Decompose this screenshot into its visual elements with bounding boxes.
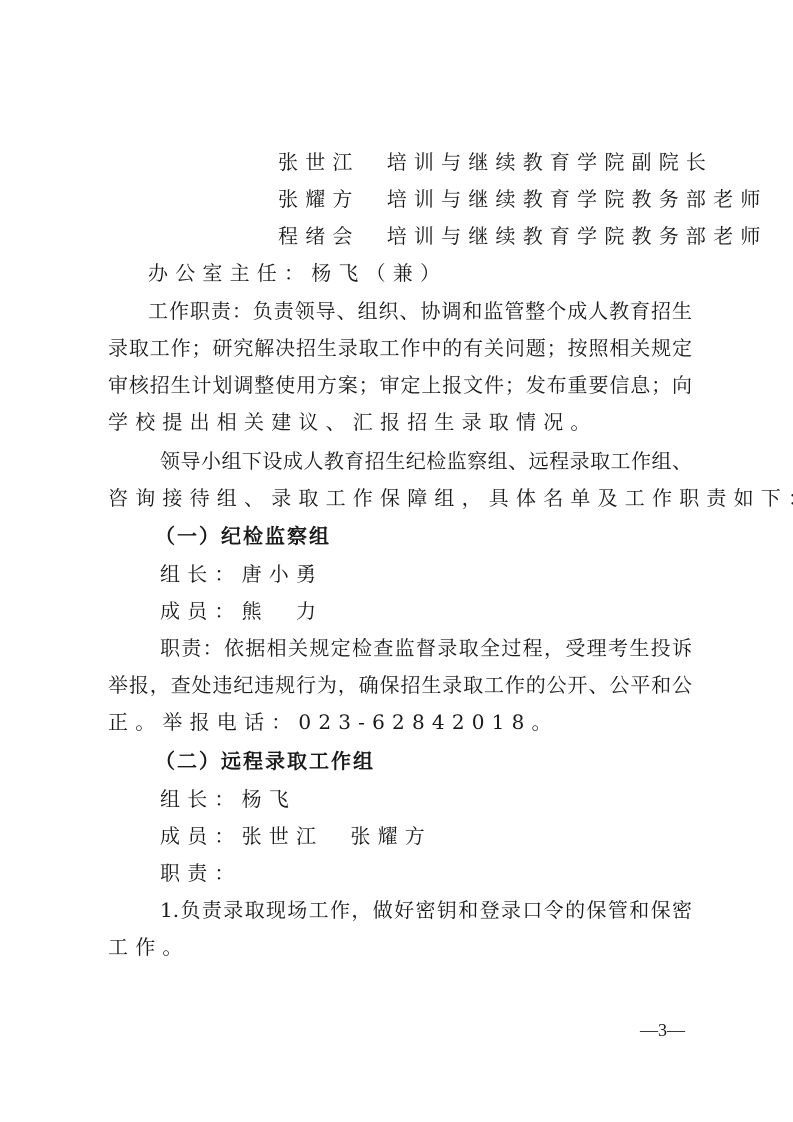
duties-line: 录取工作；研究解决招生录取工作中的有关问题；按照相关规定 bbox=[108, 334, 692, 362]
intro-line: 咨询接待组、录取工作保障组，具体名单及工作职责如下： bbox=[108, 484, 793, 512]
section-heading: （二）远程录取工作组 bbox=[155, 747, 375, 775]
member-title: 培训与继续教育学院副院长 bbox=[387, 150, 713, 174]
intro-line: 领导小组下设成人教育招生纪检监察组、远程录取工作组、 bbox=[108, 447, 692, 475]
member-title: 培训与继续教育学院教务部老师 bbox=[387, 224, 768, 248]
group-members: 成员：熊 力 bbox=[160, 597, 323, 625]
duty-item: 1.负责录取现场工作，做好密钥和登录口令的保管和保密 bbox=[108, 896, 692, 924]
group-leader: 组长：唐小勇 bbox=[160, 560, 323, 588]
member-name: 张世江 bbox=[278, 150, 360, 174]
duties-label: 职责： bbox=[160, 859, 242, 887]
report-phone: 正。举报电话：023-62842018。 bbox=[108, 708, 559, 736]
office-director: 办公室主任：杨飞（兼） bbox=[148, 259, 447, 287]
member-name: 程绪会 bbox=[278, 224, 360, 248]
duties-line: 学校提出相关建议、汇报招生录取情况。 bbox=[108, 408, 598, 436]
duties-line: 审核招生计划调整使用方案；审定上报文件；发布重要信息；向 bbox=[108, 371, 692, 399]
section-duties-line: 职责：依据相关规定检查监督录取全过程，受理考生投诉 bbox=[108, 634, 692, 662]
section-duties-line: 举报，查处违纪违规行为，确保招生录取工作的公开、公平和公 bbox=[108, 671, 692, 699]
page-number: —3— bbox=[640, 1020, 685, 1041]
duties-line: 工作职责：负责领导、组织、协调和监管整个成人教育招生 bbox=[108, 297, 692, 325]
duty-item: 工作。 bbox=[108, 933, 190, 961]
group-leader: 组长：杨飞 bbox=[160, 785, 296, 813]
member-name: 张耀方 bbox=[278, 187, 360, 211]
section-heading: （一）纪检监察组 bbox=[155, 522, 331, 550]
member-row: 张世江 培训与继续教育学院副院长 bbox=[278, 148, 713, 176]
member-title: 培训与继续教育学院教务部老师 bbox=[387, 187, 768, 211]
member-row: 张耀方 培训与继续教育学院教务部老师 bbox=[278, 185, 768, 213]
group-members: 成员：张世江 张耀方 bbox=[160, 822, 432, 850]
member-row: 程绪会 培训与继续教育学院教务部老师 bbox=[278, 222, 768, 250]
